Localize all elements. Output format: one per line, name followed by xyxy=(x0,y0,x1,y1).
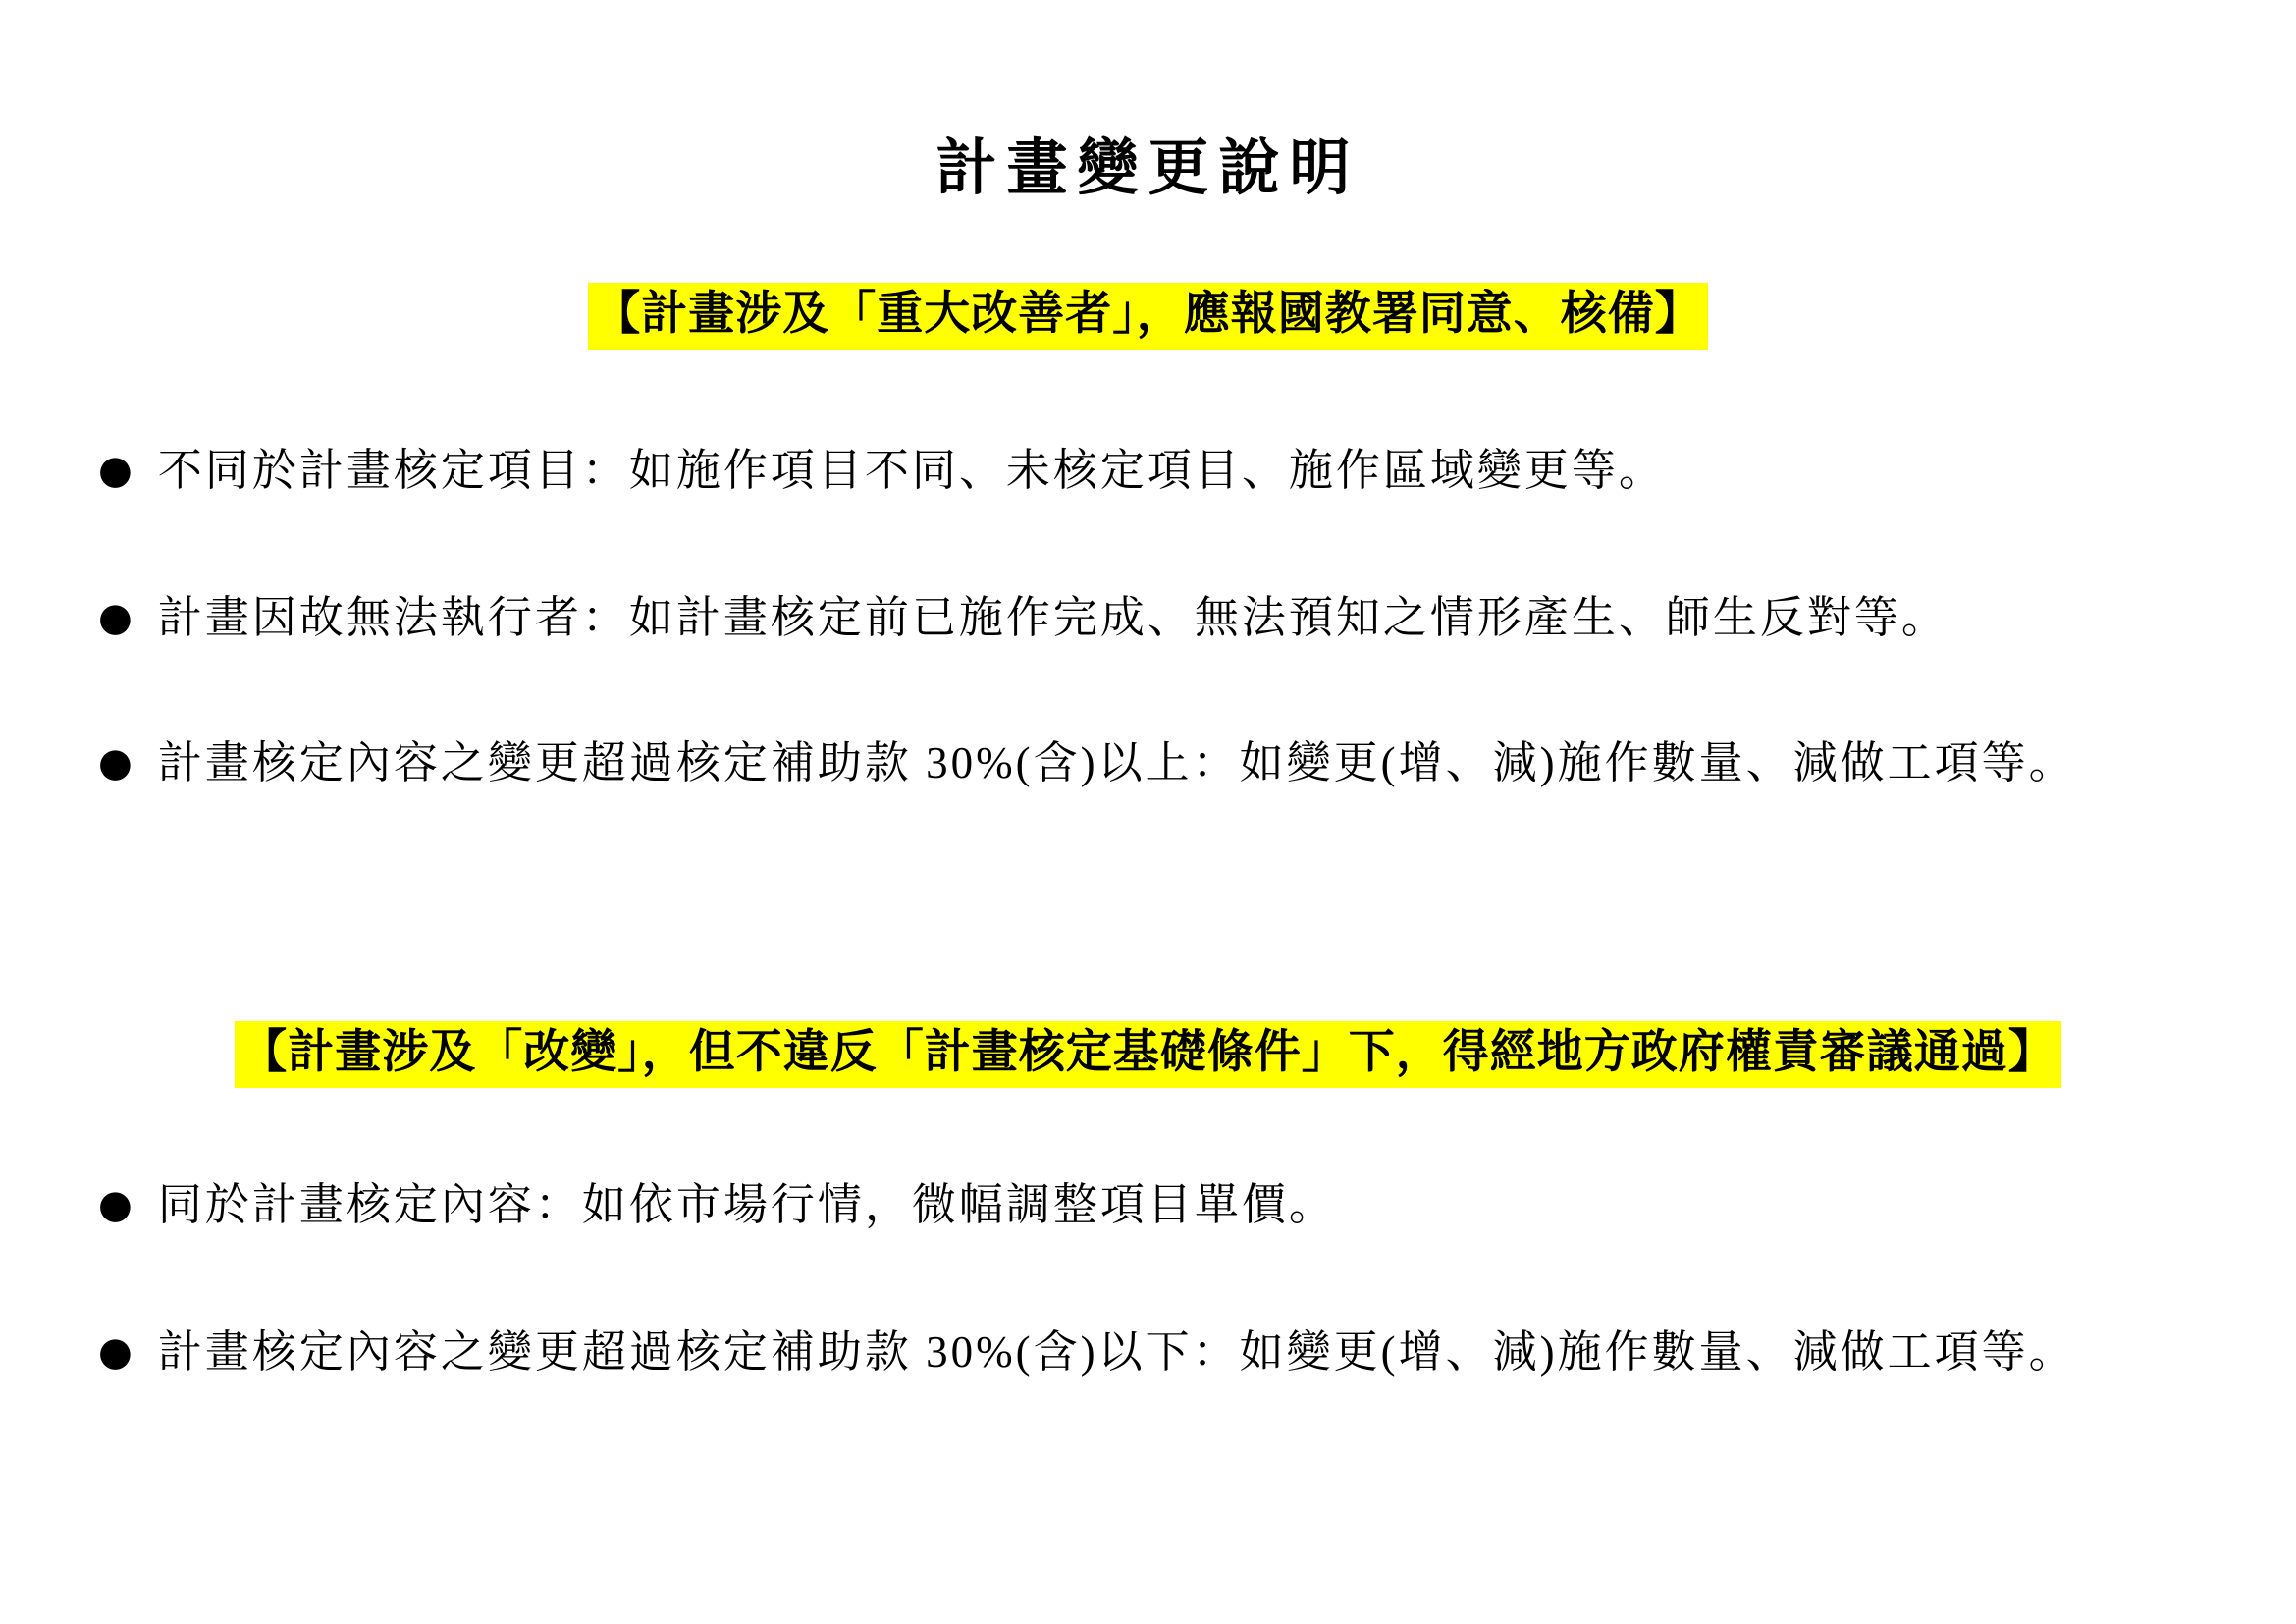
list-item: ● 同於計畫核定內容：如依市場行情，微幅調整項目單價。 xyxy=(98,1176,2258,1233)
list-item: ● 不同於計畫核定項目：如施作項目不同、未核定項目、施作區域變更等。 xyxy=(98,442,2258,499)
list-item: ● 計畫核定內容之變更超過核定補助款 30%(含)以上：如變更(增、減)施作數量… xyxy=(98,734,2258,791)
bullet-icon: ● xyxy=(98,1176,133,1233)
section-2-heading-row: 【計畫涉及「改變」，但不違反「計畫核定基礎條件」下，得經地方政府權責審議通過】 xyxy=(0,1021,2296,1088)
document-page: 計畫變更說明 【計畫涉及「重大改善者」，應報國教署同意、核備】 ● 不同於計畫核… xyxy=(0,0,2296,1624)
page-title: 計畫變更說明 xyxy=(0,135,2296,202)
list-item: ● 計畫核定內容之變更超過核定補助款 30%(含)以下：如變更(增、減)施作數量… xyxy=(98,1324,2258,1380)
bullet-icon: ● xyxy=(98,734,133,791)
section-1-heading: 【計畫涉及「重大改善者」，應報國教署同意、核備】 xyxy=(588,283,1708,350)
section-2-heading: 【計畫涉及「改變」，但不違反「計畫核定基礎條件」下，得經地方政府權責審議通過】 xyxy=(235,1021,2061,1088)
bullet-text: 計畫因故無法執行者：如計畫核定前已施作完成、無法預知之情形產生、師生反對等。 xyxy=(158,589,1949,646)
bullet-text: 不同於計畫核定項目：如施作項目不同、未核定項目、施作區域變更等。 xyxy=(158,442,1666,499)
list-item: ● 計畫因故無法執行者：如計畫核定前已施作完成、無法預知之情形產生、師生反對等。 xyxy=(98,589,2258,646)
bullet-icon: ● xyxy=(98,1324,133,1380)
bullet-icon: ● xyxy=(98,589,133,646)
bullet-text: 計畫核定內容之變更超過核定補助款 30%(含)以下：如變更(增、減)施作數量、減… xyxy=(158,1324,2076,1380)
bullet-icon: ● xyxy=(98,442,133,499)
bullet-text: 計畫核定內容之變更超過核定補助款 30%(含)以上：如變更(增、減)施作數量、減… xyxy=(158,734,2076,791)
bullet-text: 同於計畫核定內容：如依市場行情，微幅調整項目單價。 xyxy=(158,1176,1336,1233)
section-1-heading-row: 【計畫涉及「重大改善者」，應報國教署同意、核備】 xyxy=(0,283,2296,350)
